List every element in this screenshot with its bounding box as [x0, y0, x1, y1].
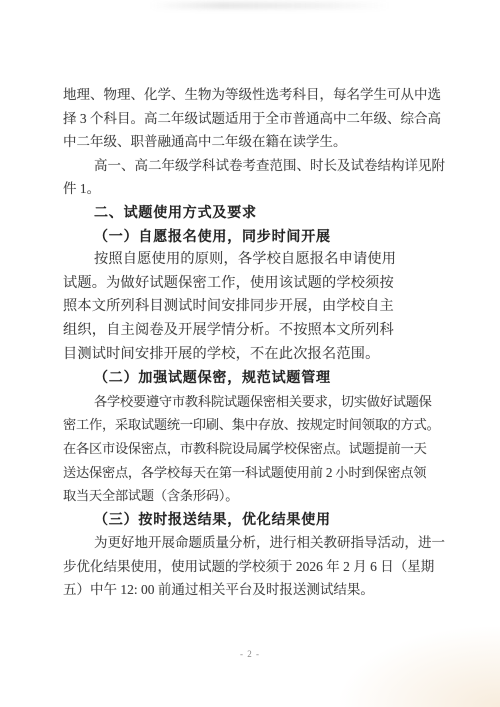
document-line: 高一、高二年级学科试卷考查范围、时长及试卷结构详见附 [63, 154, 443, 178]
scanned-document-page: 地理、物理、化学、生物为等级性选考科目，每名学生可从中选择 3 个科目。高二年级… [0, 0, 500, 707]
paragraph: 为更好地开展命题质量分析，进行相关教研指导活动，进一步优化结果使用，使用试题的学… [63, 531, 443, 602]
scan-bleed-artifact [150, 2, 390, 9]
document-line: 试题。为做好试题保密工作，使用该试题的学校须按 [63, 272, 443, 296]
paragraph: 按照自愿使用的原则，各学校自愿报名申请使用试题。为做好试题保密工作，使用该试题的… [63, 248, 443, 366]
heading-line: （一）自愿报名使用，同步时间开展 [63, 225, 443, 249]
document-body: 地理、物理、化学、生物为等级性选考科目，每名学生可从中选择 3 个科目。高二年级… [63, 83, 443, 602]
heading-line: （二）加强试题保密，规范试题管理 [63, 366, 443, 390]
document-line: 照本文所列科目测试时间安排同步开展，由学校自主 [63, 295, 443, 319]
paragraph: 高一、高二年级学科试卷考查范围、时长及试卷结构详见附件 1。 [63, 154, 443, 201]
section-heading: （一）自愿报名使用，同步时间开展 [63, 225, 443, 249]
document-line: 件 1。 [63, 177, 443, 201]
document-line: 择 3 个科目。高二年级试题适用于全市普通高中二年级、综合高 [63, 107, 443, 131]
document-line: 按照自愿使用的原则，各学校自愿报名申请使用 [63, 248, 443, 272]
document-line: 组织，自主阅卷及开展学情分析。不按照本文所列科 [63, 319, 443, 343]
paragraph: 地理、物理、化学、生物为等级性选考科目，每名学生可从中选择 3 个科目。高二年级… [63, 83, 443, 154]
document-line: 为更好地开展命题质量分析，进行相关教研指导活动，进一 [63, 531, 443, 555]
heading-line: （三）按时报送结果，优化结果使用 [63, 508, 443, 532]
scan-tint-artifact [340, 627, 500, 707]
document-line: 取当天全部试题（含条形码）。 [63, 484, 443, 508]
document-line: 中二年级、职普融通高中二年级在籍在读学生。 [63, 130, 443, 154]
document-line: 送达保密点，各学校每天在第一科试题使用前 2 小时到保密点领 [63, 461, 443, 485]
paragraph: 各学校要遵守市教科院试题保密相关要求，切实做好试题保密工作，采取试题统一印刷、集… [63, 390, 443, 508]
document-line: 各学校要遵守市教科院试题保密相关要求，切实做好试题保 [63, 390, 443, 414]
section-heading: 二、试题使用方式及要求 [63, 201, 443, 225]
document-line: 地理、物理、化学、生物为等级性选考科目，每名学生可从中选 [63, 83, 443, 107]
section-heading: （二）加强试题保密，规范试题管理 [63, 366, 443, 390]
heading-line: 二、试题使用方式及要求 [63, 201, 443, 225]
document-line: 密工作，采取试题统一印刷、集中存放、按规定时间领取的方式。 [63, 413, 443, 437]
document-line: 在各区市设保密点，市教科院设局属学校保密点。试题提前一天 [63, 437, 443, 461]
section-heading: （三）按时报送结果，优化结果使用 [63, 508, 443, 532]
document-line: 五）中午 12: 00 前通过相关平台及时报送测试结果。 [63, 578, 443, 602]
document-line: 步优化结果使用，使用试题的学校须于 2026 年 2 月 6 日（星期 [63, 555, 443, 579]
document-line: 目测试时间安排开展的学校，不在此次报名范围。 [63, 343, 443, 367]
